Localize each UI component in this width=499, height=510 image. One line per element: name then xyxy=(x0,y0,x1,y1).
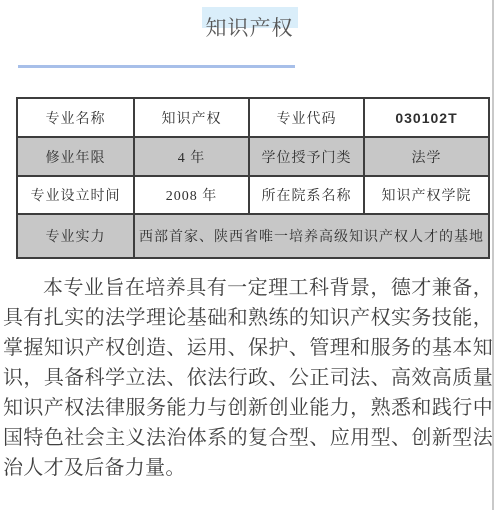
cell-department-value: 知识产权学院 xyxy=(364,176,489,214)
cell-strength-value: 西部首家、陕西省唯一培养高级知识产权人才的基地 xyxy=(134,214,489,258)
cell-established-value: 2008 年 xyxy=(134,176,249,214)
table-row-established: 专业设立时间 2008 年 所在院系名称 知识产权学院 xyxy=(17,176,489,214)
cell-major-code-label: 专业代码 xyxy=(249,98,364,137)
title-underline xyxy=(18,65,295,68)
cell-strength-label: 专业实力 xyxy=(17,214,134,258)
table-row-major-name: 专业名称 知识产权 专业代码 030102T xyxy=(17,98,489,137)
page-right-border xyxy=(492,0,494,510)
cell-major-name-value: 知识产权 xyxy=(134,98,249,137)
cell-degree-category-value: 法学 xyxy=(364,137,489,176)
intro-paragraph: 本专业旨在培养具有一定理工科背景，德才兼备，具有扎实的法学理论基础和熟练的知识产… xyxy=(3,273,493,483)
cell-major-code-value: 030102T xyxy=(364,98,489,137)
major-info-table: 专业名称 知识产权 专业代码 030102T 修业年限 4 年 学位授予门类 法… xyxy=(16,97,490,259)
cell-degree-category-label: 学位授予门类 xyxy=(249,137,364,176)
page-title: 知识产权 xyxy=(0,0,499,42)
title-highlight: 知识产权 xyxy=(202,7,298,42)
table-row-study-years: 修业年限 4 年 学位授予门类 法学 xyxy=(17,137,489,176)
table-row-strength: 专业实力 西部首家、陕西省唯一培养高级知识产权人才的基地 xyxy=(17,214,489,258)
cell-established-label: 专业设立时间 xyxy=(17,176,134,214)
cell-department-label: 所在院系名称 xyxy=(249,176,364,214)
cell-study-years-label: 修业年限 xyxy=(17,137,134,176)
document-page: 知识产权 专业名称 知识产权 专业代码 030102T 修业年限 4 年 学位授… xyxy=(0,0,499,510)
cell-study-years-value: 4 年 xyxy=(134,137,249,176)
cell-major-name-label: 专业名称 xyxy=(17,98,134,137)
